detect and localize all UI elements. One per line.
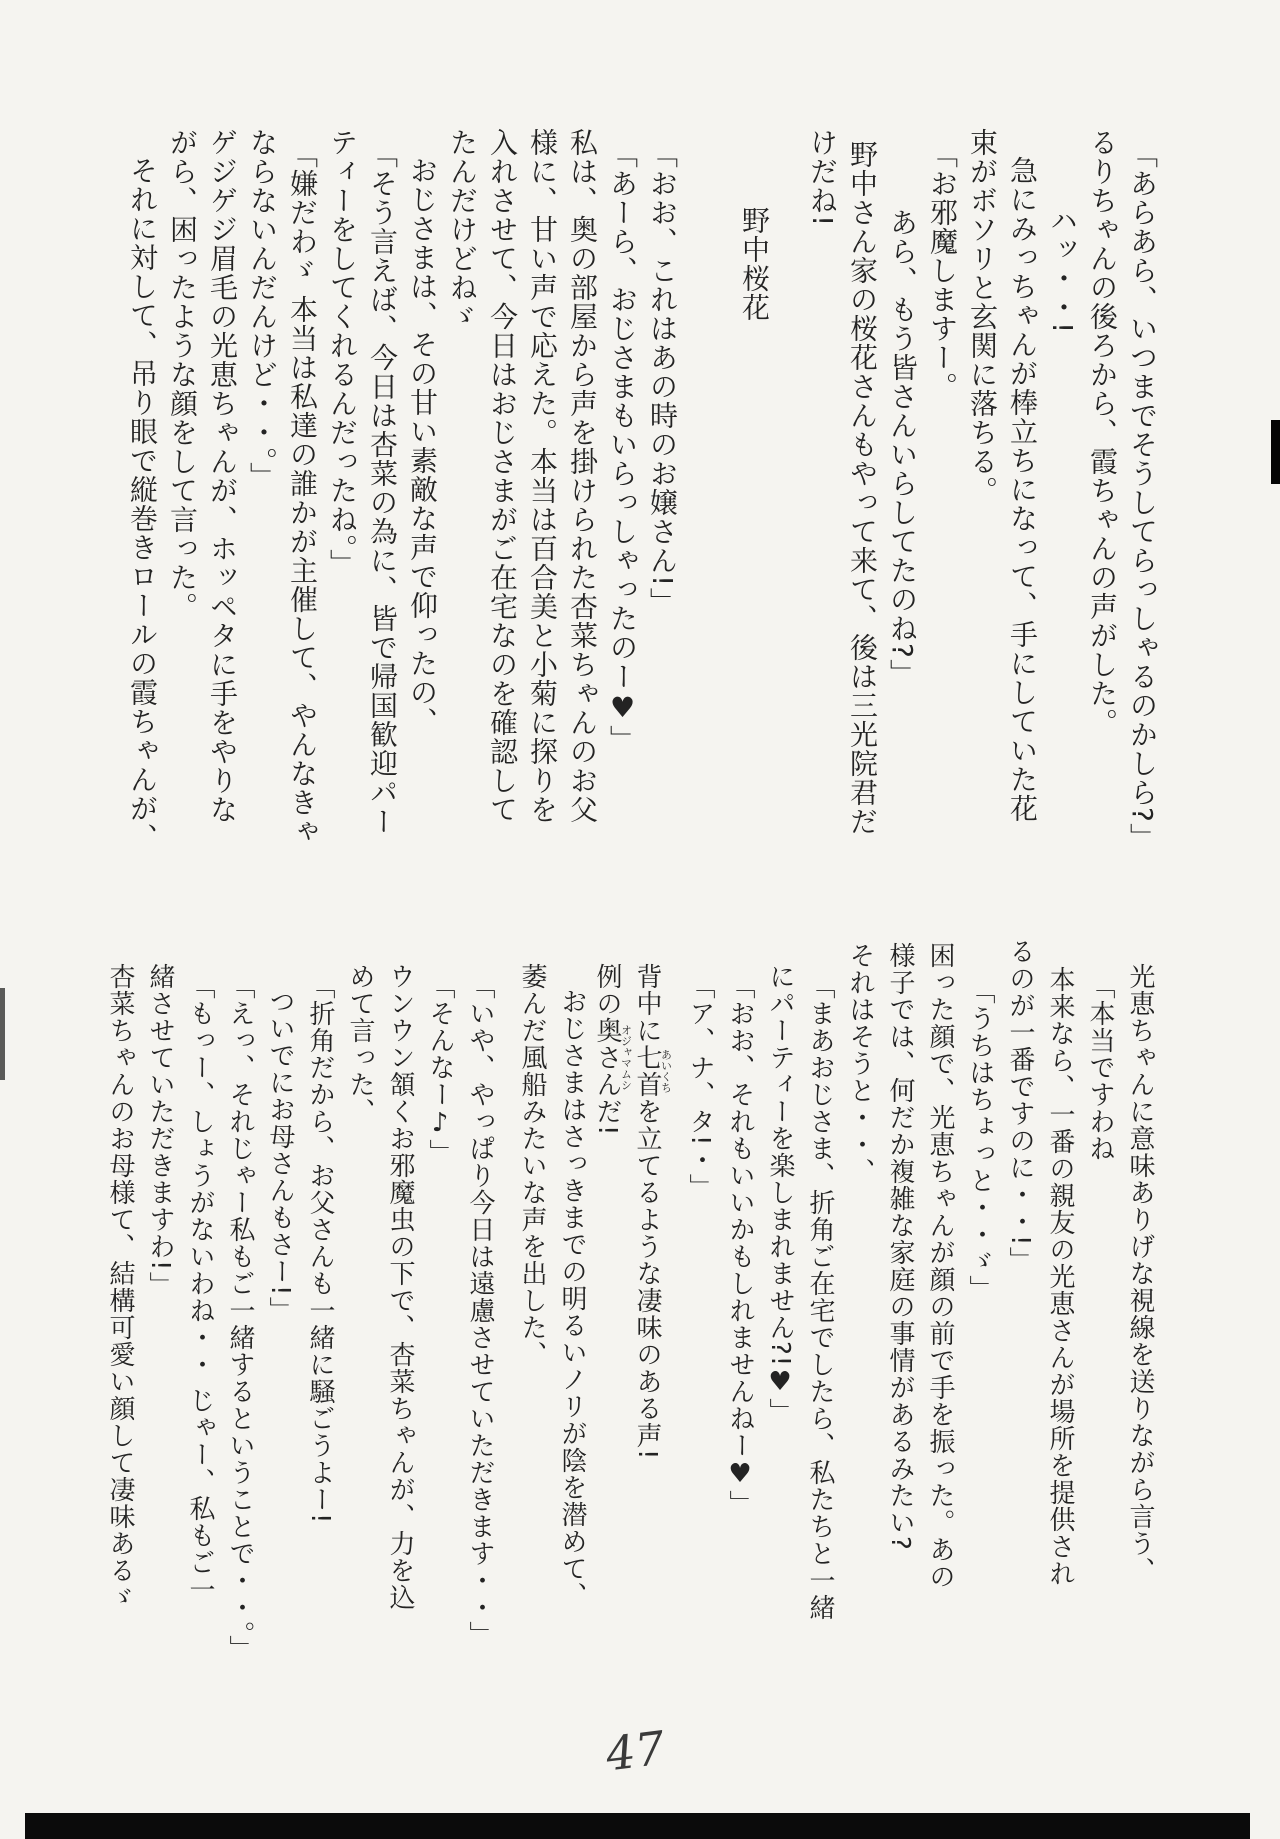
text-line: 「もっー、しょうがないわね・・ じゃー、私もご一 xyxy=(180,938,220,1603)
furigana-ruby: 七首あいくち xyxy=(632,1044,662,1098)
text-line: 入れさせて、今日はおじさまがご在宅なのを確認して xyxy=(482,128,522,824)
text-line: 「本当ですわね xyxy=(1080,938,1120,1162)
text-line: 「あらあら、いつまでそうしてらっしゃるのかしら?」 xyxy=(1122,128,1162,852)
text-line: 困った顔で、光恵ちゃんが顔の前で手を振った。あの xyxy=(920,938,960,1590)
text-line: 「お邪魔しますー。 xyxy=(922,128,962,401)
text-line: けだね! xyxy=(802,128,842,227)
text-line: おじさまはさっきまでの明るいノリが陰を潜めて、 xyxy=(552,938,592,1609)
text-line: 杏菜ちゃんのお母様て、結構可愛い顔して凄味あるゞ xyxy=(100,938,140,1611)
text-line: あら、もう皆さんいらしてたのね?」 xyxy=(882,128,922,688)
text-line: 野中桜花 xyxy=(734,128,774,322)
text-line: 様子では、何だか複雑な家庭の事情があるみたい? xyxy=(880,938,920,1551)
text-line: 「おお、それもいいかもしれませんねー♥」 xyxy=(720,938,760,1517)
text-line: 光恵ちゃんに意味ありげな視線を送りながら言う、 xyxy=(1120,938,1160,1584)
text-line: おじさまは、その甘い素敵な声で仰ったの、 xyxy=(402,128,442,736)
text-line: 「いや、やっぱり今日は遠慮させていただきます・・」 xyxy=(460,938,500,1648)
scan-artifact-right-edge xyxy=(1271,420,1280,484)
story-text-block-top: 「あらあら、いつまでそうしてらっしゃるのかしら?」るりちゃんの後ろから、霞ちゃん… xyxy=(122,128,1162,878)
text-line: 「おお、これはあの時のお嬢さん!」 xyxy=(642,128,682,616)
text-line: ウンウン頷くお邪魔虫の下で、杏菜ちゃんが、力を込 xyxy=(380,938,420,1611)
text-line: 「えっ、それじゃー私もご一緒するということで・・。」 xyxy=(220,938,260,1662)
text-line: るのが一番ですのに・・!」 xyxy=(1000,938,1040,1273)
text-line: にパーティーを楽しまれません?!♥」 xyxy=(760,938,800,1425)
scanned-novel-page: 「あらあら、いつまでそうしてらっしゃるのかしら?」るりちゃんの後ろから、霞ちゃん… xyxy=(0,0,1280,1839)
page-number: 47 xyxy=(603,1721,668,1782)
text-line: 背中に七首あいくちを立てるような凄味のある声! xyxy=(632,938,672,1460)
text-line: ティーをしてくれるんだったね。」 xyxy=(322,128,362,578)
text-line: ゲジゲジ眉毛の光恵ちゃんが、ホッペタに手をやりな xyxy=(202,128,242,824)
text-line: それはそうと・・、 xyxy=(840,938,880,1185)
text-line: 野中さん家の桜花さんもやって来て、後は三光院君だ xyxy=(842,128,882,836)
text-line: 束がボソリと玄関に落ちる。 xyxy=(962,128,1002,505)
text-line: 「うちはちょっと・・ゞ」 xyxy=(960,938,1000,1302)
text-line: 様に、甘い声で応えた。本当は百合美と小菊に探りを xyxy=(522,128,562,824)
text-line: 私は、奥の部屋から声を掛けられた杏菜ちゃんのお父 xyxy=(562,128,602,824)
text-line: るりちゃんの後ろから、霞ちゃんの声がした。 xyxy=(1082,128,1122,737)
scan-artifact-left-edge xyxy=(0,988,5,1080)
text-line: 本来なら、一番の親友の光恵さんが場所を提供され xyxy=(1040,938,1080,1587)
text-line: 「そう言えば、今日は杏菜の為に、皆で帰国歓迎パー xyxy=(362,128,402,836)
bottom-border-bar xyxy=(25,1813,1250,1839)
text-line: 急にみっちゃんが棒立ちになって、手にしていた花 xyxy=(1002,128,1042,823)
text-line: 「あーら、おじさまもいらっしゃったのー♥」 xyxy=(602,128,642,754)
furigana-ruby: 奥さんオジャマムシ xyxy=(592,1017,622,1098)
text-line: それに対して、吊り眼で縦巻きロールの霞ちゃんが、 xyxy=(122,128,162,852)
text-line: ハッ・・! xyxy=(1042,128,1082,334)
text-line: ならないんだんけど・・。」 xyxy=(242,128,282,491)
text-line: 「ア、ナ、タ!・」 xyxy=(680,938,720,1200)
text-line: 萎んだ風船みたいな声を出した、 xyxy=(512,938,552,1368)
story-text-block-bottom: 光恵ちゃんに意味ありげな視線を送りながら言う、「本当ですわね本来なら、一番の親友… xyxy=(100,938,1160,1638)
text-line: がら、困ったような顔をして言った。 xyxy=(162,128,202,621)
text-line: 例の奥さんオジャマムシだ! xyxy=(592,938,632,1136)
text-line: たんだけどねゞ xyxy=(442,128,482,331)
text-line: ついでにお母さんもさー!」 xyxy=(260,938,300,1323)
text-line: 「嫌だわゞ 本当は私達の誰かが主催して、やんなきゃ xyxy=(282,128,322,846)
text-line: 「まあおじさま、折角ご在宅でしたら、私たちと一緒 xyxy=(800,938,840,1621)
text-line: 「そんなー♪」 xyxy=(420,938,460,1166)
text-line: 緒させていただきますわ!」 xyxy=(140,938,180,1298)
text-line: 「折角だから、お父さんも一緒に騒ごうよー! xyxy=(300,938,340,1524)
text-line: めて言った、 xyxy=(340,938,380,1125)
